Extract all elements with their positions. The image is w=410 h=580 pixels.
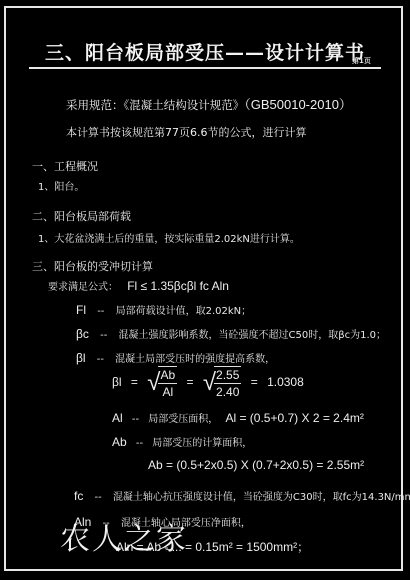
al-formula: Al = (0.5+0.7) X 2 = 2.4m² bbox=[225, 411, 363, 425]
requirement-label: 要求满足公式： bbox=[48, 282, 118, 293]
code-name: 《混凝土结构设计规范》 bbox=[124, 98, 245, 112]
requirement-formula: Fl ≤ 1.35βcβl fc Aln bbox=[127, 279, 229, 293]
def-symbol: βl bbox=[76, 351, 86, 365]
def-symbol: Fl bbox=[76, 303, 86, 317]
def-fl: Fl -- 局部荷载设计值，取2.02kN； bbox=[76, 302, 251, 317]
ab-formula: Ab = (0.5+2x0.5) X (0.7+2x0.5) = 2.55m² bbox=[148, 458, 364, 472]
formula-lhs: βl bbox=[112, 375, 122, 389]
section-2-item: 1、大花盆浇满土后的重量，按实际重量2.02kN进行计算。 bbox=[38, 230, 300, 245]
sqrt-ratio-numeric: √2.552.40 bbox=[203, 366, 242, 400]
def-dash: -- bbox=[97, 354, 104, 365]
def-dash: -- bbox=[100, 330, 107, 341]
def-text: 混凝土强度影响系数，当砼强度不超过C50时，取βc为1.0； bbox=[119, 330, 387, 341]
def-ab: Ab -- 局部受压的计算面积， bbox=[112, 434, 252, 449]
section-1-item: 1、阳台。 bbox=[38, 178, 84, 193]
def-al: Al -- 局部受压面积， Al = (0.5+0.7) X 2 = 2.4m² bbox=[112, 410, 364, 425]
code-label: 采用规范： bbox=[66, 98, 124, 112]
section-heading-3: 三、阳台板的受冲切计算 bbox=[32, 258, 153, 274]
def-fc: fc -- 混凝土轴心抗压强度设计值，当砼强度为C30时，取fc为14.3N/m… bbox=[74, 488, 410, 503]
def-text: 局部荷载设计值，取2.02kN； bbox=[116, 306, 252, 317]
code-reference: 采用规范：《混凝土结构设计规范》（GB50010-2010） bbox=[66, 94, 352, 113]
def-dash: -- bbox=[97, 306, 104, 317]
watermark: 农人之家 bbox=[60, 514, 188, 558]
equals-sign: = bbox=[131, 375, 138, 389]
calculation-basis: 本计算书按该规范第77页6.6节的公式，进行计算 bbox=[66, 124, 307, 140]
def-symbol: βc bbox=[76, 327, 89, 341]
sqrt-ratio-symbolic: √AbAl bbox=[147, 366, 177, 400]
def-text: 混凝土局部受压时的强度提高系数， bbox=[115, 354, 275, 365]
def-beta-c: βc -- 混凝土强度影响系数，当砼强度不超过C50时，取βc为1.0； bbox=[76, 326, 386, 341]
def-beta-l: βl -- 混凝土局部受压时的强度提高系数， bbox=[76, 350, 275, 365]
section-heading-1: 一、工程概况 bbox=[32, 158, 98, 174]
beta-l-result: 1.0308 bbox=[267, 375, 304, 389]
code-number: （GB50010-2010） bbox=[244, 97, 352, 112]
requirement-line: 要求满足公式： Fl ≤ 1.35βcβl fc Aln bbox=[48, 278, 229, 293]
page-title: 三、阳台板局部受压——设计计算书 bbox=[0, 38, 410, 65]
beta-l-formula: βl = √AbAl = √2.552.40 = 1.0308 bbox=[112, 366, 304, 400]
page-number: 第1页 bbox=[352, 56, 371, 66]
section-heading-2: 二、阳台板局部荷载 bbox=[32, 208, 131, 224]
title-underline bbox=[29, 67, 381, 69]
